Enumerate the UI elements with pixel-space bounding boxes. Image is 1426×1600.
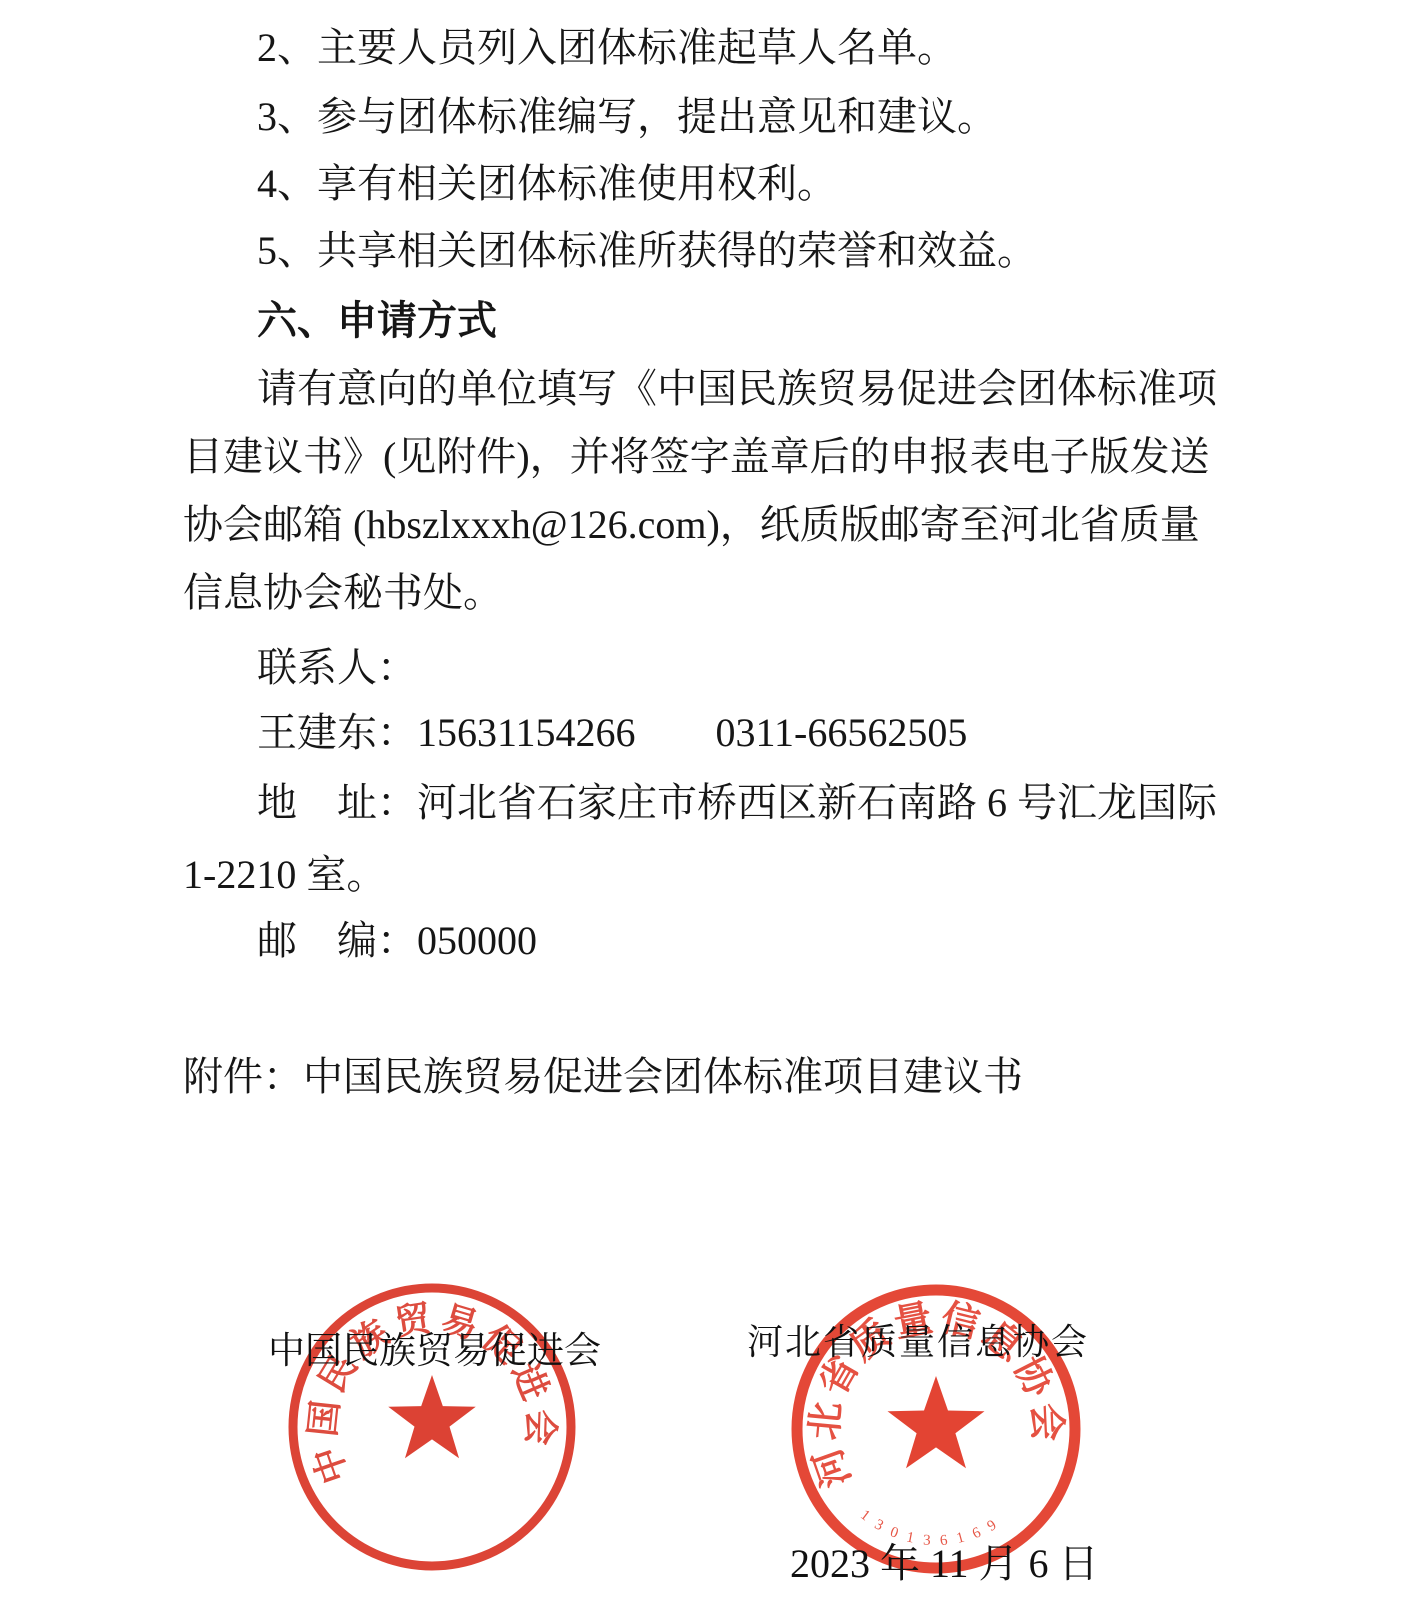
contact-person-line: 王建东：156311542660311-66562505 <box>257 710 967 756</box>
list-item-5: 5、共享相关团体标准所获得的荣誉和效益。 <box>257 228 1037 274</box>
org-name-right: 河北省质量信息协会 <box>747 1314 1089 1365</box>
postcode-line: 邮 编：050000 <box>257 918 537 964</box>
paragraph-line-4: 信息协会秘书处。 <box>183 570 503 616</box>
contact-name: 王建东： <box>257 710 417 755</box>
postcode-value: 050000 <box>417 918 537 963</box>
document-page: 2、主要人员列入团体标准起草人名单。 3、参与团体标准编写，提出意见和建议。 4… <box>0 0 1426 1600</box>
org-name-left: 中国民族贸易促进会 <box>268 1320 601 1374</box>
address-line: 地 址：河北省石家庄市桥西区新石南路 6 号汇龙国际 <box>257 780 1217 826</box>
date-line: 2023 年 11 月 6 日 <box>790 1532 1099 1589</box>
contact-label: 联系人： <box>257 645 417 691</box>
list-item-2: 2、主要人员列入团体标准起草人名单。 <box>257 25 957 71</box>
attachment-line: 附件：中国民族贸易促进会团体标准项目建议书 <box>183 1054 1023 1100</box>
address-label: 地 址： <box>257 780 417 825</box>
paragraph-line-3: 协会邮箱 (hbszlxxxh@126.com)，纸质版邮寄至河北省质量 <box>183 502 1200 548</box>
seal-left-star-icon <box>388 1375 475 1458</box>
list-item-4: 4、享有相关团体标准使用权利。 <box>257 161 837 207</box>
contact-phone: 15631154266 <box>417 710 636 755</box>
paragraph-line-2: 目建议书》(见附件)，并将签字盖章后的申报表电子版发送 <box>183 434 1210 480</box>
paragraph-line-1: 请有意向的单位填写《中国民族贸易促进会团体标准项 <box>257 366 1217 412</box>
seal-right-star-icon <box>887 1376 984 1468</box>
contact-tel: 0311-66562505 <box>716 710 968 755</box>
list-item-3: 3、参与团体标准编写，提出意见和建议。 <box>257 94 997 140</box>
postcode-label: 邮 编： <box>257 918 417 963</box>
address-text: 河北省石家庄市桥西区新石南路 6 号汇龙国际 <box>417 780 1217 825</box>
section-heading: 六、申请方式 <box>257 298 497 344</box>
address-line-2: 1-2210 室。 <box>183 852 386 898</box>
